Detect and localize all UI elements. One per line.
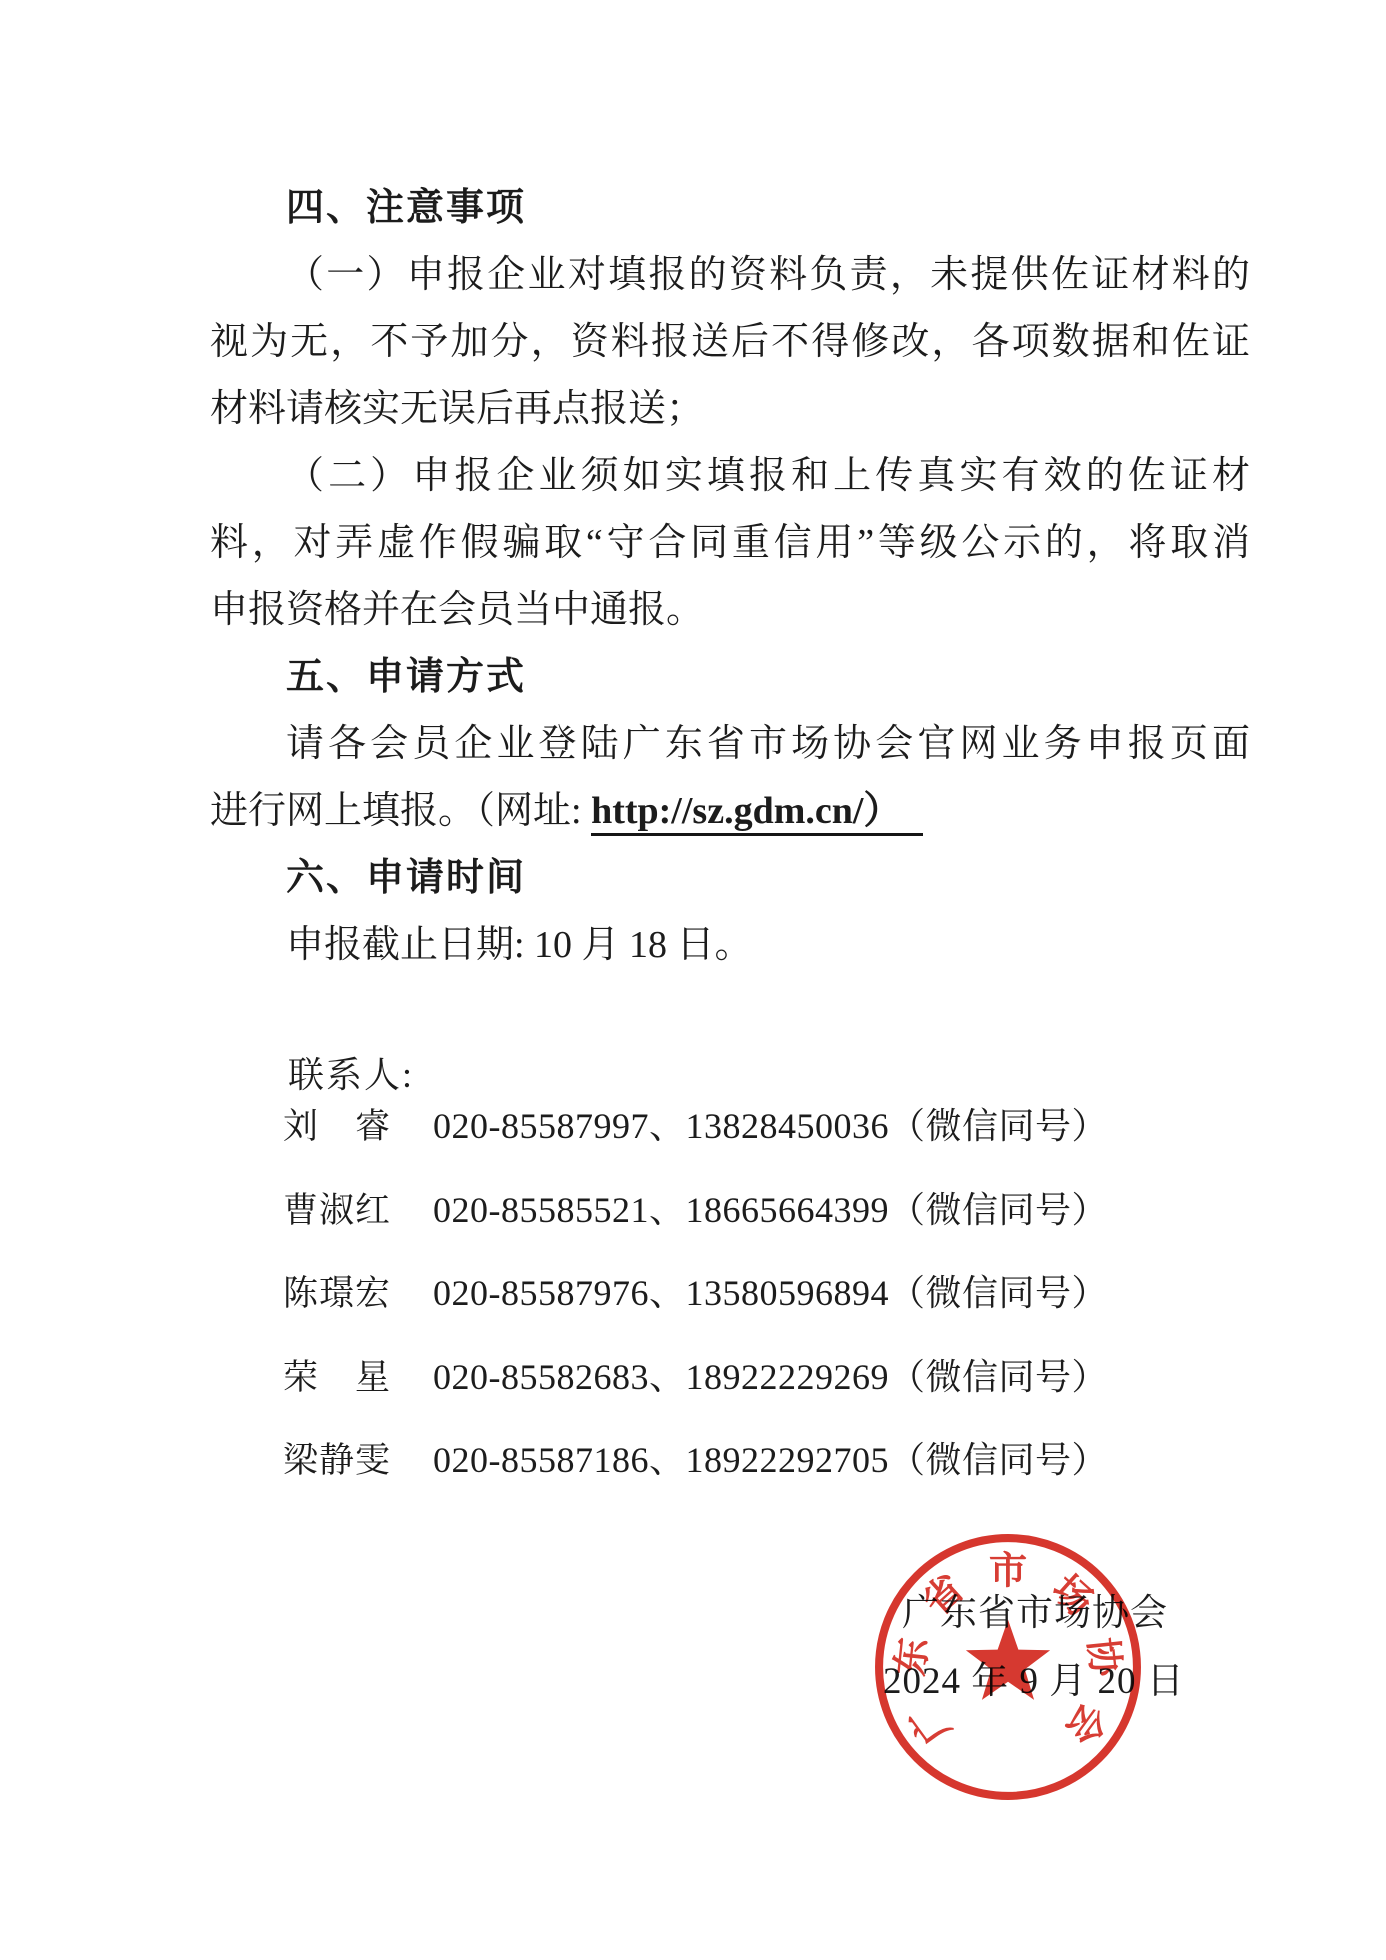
portal-url-link[interactable]: http://sz.gdm.cn/） xyxy=(591,790,923,836)
paragraph-2-line-1: （二）申报企业须如实填报和上传真实有效的佐证材 xyxy=(210,443,1250,510)
signature-date: 2024 年 9 月 20 日 xyxy=(883,1650,1185,1704)
contact-name: 荣 星 xyxy=(283,1336,433,1420)
paragraph-3-line-2: 进行网上填报。（网址: http://sz.gdm.cn/） xyxy=(210,778,1250,845)
contact-row: 刘 睿020-85587997、13828450036（微信同号） xyxy=(283,1085,1108,1169)
contact-row: 梁静雯020-85587186、18922292705（微信同号） xyxy=(283,1419,1108,1503)
section-heading-6: 六、申请时间 xyxy=(210,845,1250,912)
contact-name: 梁静雯 xyxy=(283,1419,433,1503)
contact-phones: 020-85585521、18665664399（微信同号） xyxy=(433,1190,1108,1230)
document-page: 四、注意事项 （一）申报企业对填报的资料负责，未提供佐证材料的 视为无，不予加分… xyxy=(0,0,1386,1960)
section-heading-5: 五、申请方式 xyxy=(210,644,1250,711)
deadline-line: 申报截止日期: 10 月 18 日。 xyxy=(210,912,1250,979)
signature-org-name: 广东省市场协会 xyxy=(902,1582,1168,1636)
contacts-list: 刘 睿020-85587997、13828450036（微信同号） 曹淑红020… xyxy=(283,1085,1108,1503)
paragraph-2-line-3: 申报资格并在会员当中通报。 xyxy=(210,577,1250,644)
contact-row: 荣 星020-85582683、18922229269（微信同号） xyxy=(283,1336,1108,1420)
section-heading-4: 四、注意事项 xyxy=(210,175,1250,242)
url-prefix-text: 进行网上填报。（网址: xyxy=(210,790,591,832)
paragraph-1-line-1: （一）申报企业对填报的资料负责，未提供佐证材料的 xyxy=(210,242,1250,309)
contact-name: 陈璟宏 xyxy=(283,1252,433,1336)
contact-phones: 020-85582683、18922229269（微信同号） xyxy=(433,1357,1108,1397)
paragraph-1-line-2: 视为无，不予加分，资料报送后不得修改，各项数据和佐证 xyxy=(210,309,1250,376)
paragraph-2-line-2: 料，对弄虚作假骗取“守合同重信用”等级公示的，将取消 xyxy=(210,510,1250,577)
contact-row: 曹淑红020-85585521、18665664399（微信同号） xyxy=(283,1169,1108,1253)
contact-phones: 020-85587976、13580596894（微信同号） xyxy=(433,1273,1108,1313)
notice-body: 四、注意事项 （一）申报企业对填报的资料负责，未提供佐证材料的 视为无，不予加分… xyxy=(210,175,1250,979)
contact-phones: 020-85587186、18922292705（微信同号） xyxy=(433,1440,1108,1480)
contact-name: 曹淑红 xyxy=(283,1169,433,1253)
paragraph-3-line-1: 请各会员企业登陆广东省市场协会官网业务申报页面 xyxy=(210,711,1250,778)
contact-phones: 020-85587997、13828450036（微信同号） xyxy=(433,1106,1108,1146)
contact-row: 陈璟宏020-85587976、13580596894（微信同号） xyxy=(283,1252,1108,1336)
paragraph-1-line-3: 材料请核实无误后再点报送； xyxy=(210,376,1250,443)
contact-name: 刘 睿 xyxy=(283,1085,433,1169)
